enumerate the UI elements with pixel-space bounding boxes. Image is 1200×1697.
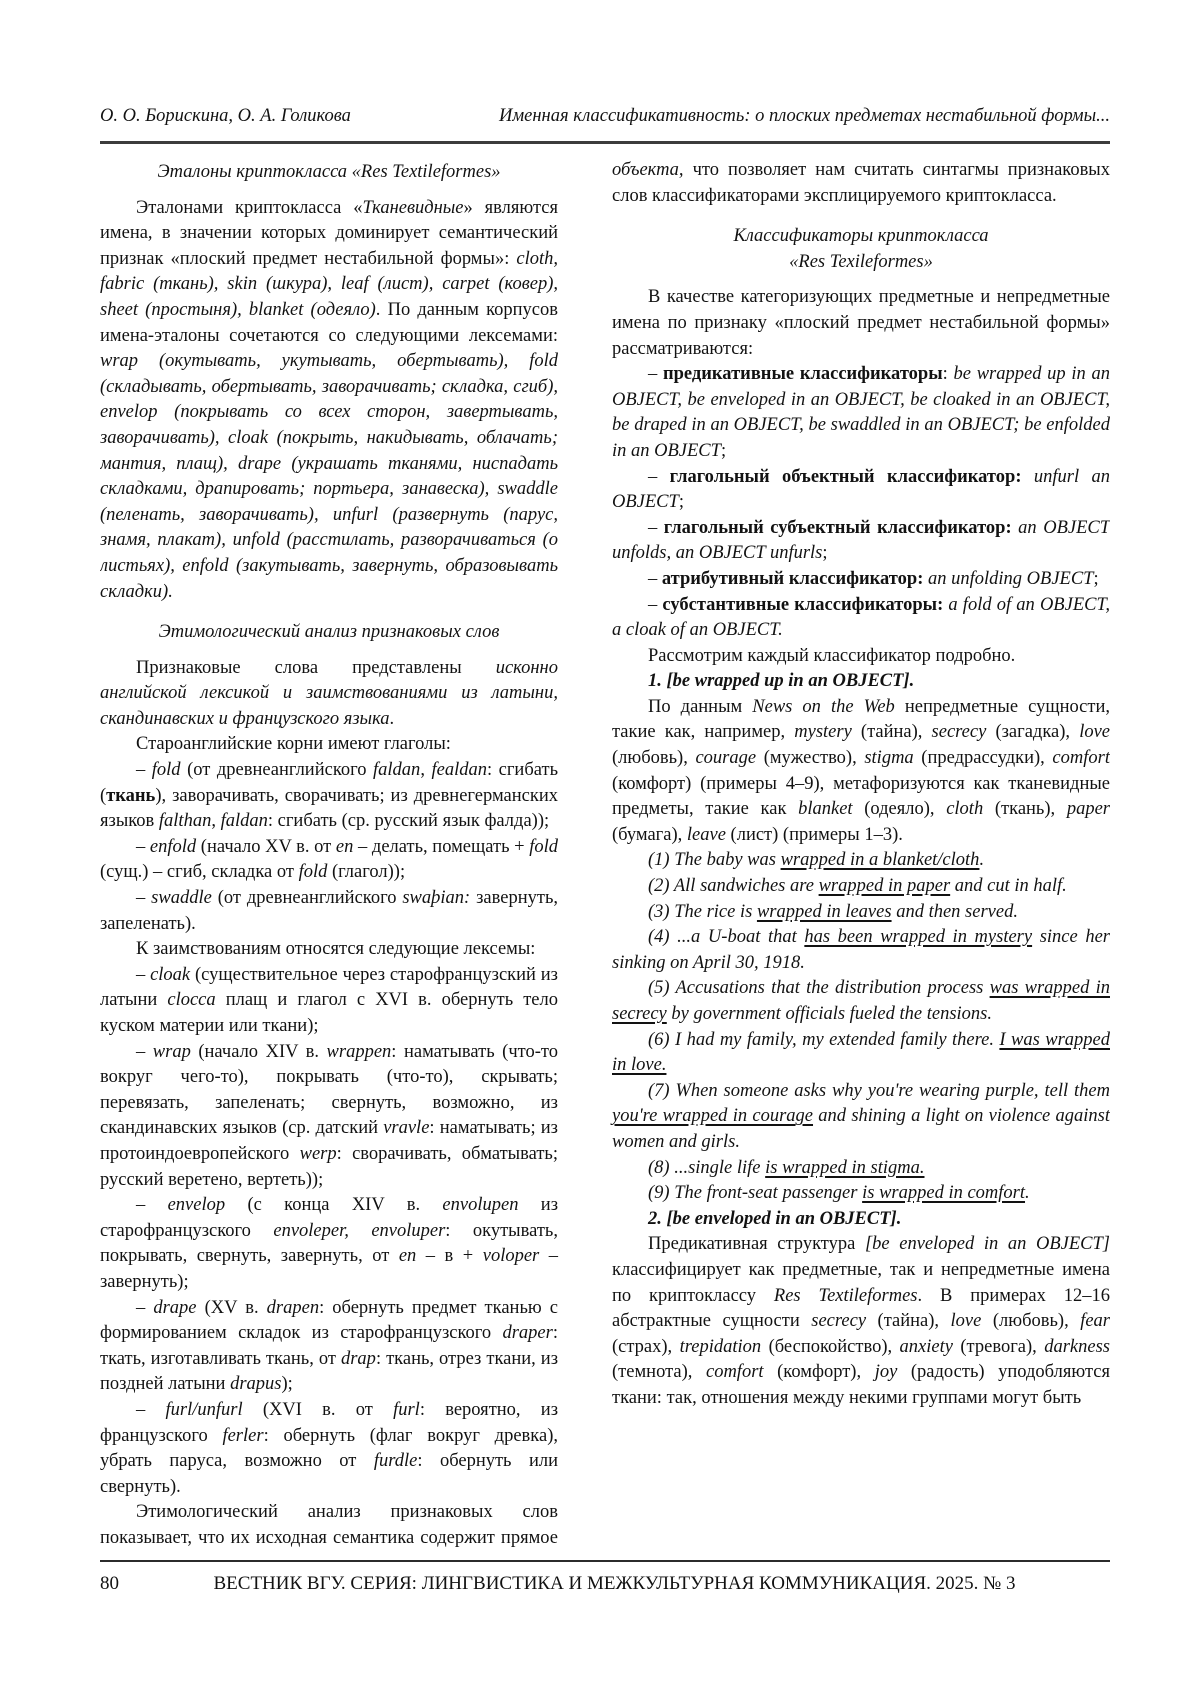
paragraph: – глагольный субъектный классификатор: a… — [612, 516, 1110, 567]
paragraph: Эталонами криптокласса «Тканевидные» явл… — [100, 196, 558, 606]
page-header: О. О. Борискина, О. А. Голикова Именная … — [100, 104, 1110, 128]
paragraph: 2. [be enveloped in an OBJECT]. — [612, 1207, 1110, 1233]
paragraph: – cloak (существительное через старофран… — [100, 963, 558, 1040]
paragraph: – глагольный объектный классификатор: un… — [612, 465, 1110, 516]
column-left: Эталоны криптокласса «Res Textileformes»… — [100, 158, 558, 1550]
example-sentence: (7) When someone asks why you're wearing… — [612, 1079, 1110, 1156]
example-sentence: (6) I had my family, my extended family … — [612, 1028, 1110, 1079]
paragraph: – swaddle (от древнеанглийского swaþian:… — [100, 886, 558, 937]
paragraph: К заимствованиям относятся следующие лек… — [100, 937, 558, 963]
example-sentence: (4) ...a U-boat that has been wrapped in… — [612, 925, 1110, 976]
paragraph: В качестве категоризующих предметные и н… — [612, 285, 1110, 362]
paragraph: Признаковые слова представлены исконно а… — [100, 656, 558, 733]
paragraph: – envelop (с конца XIV в. envolupen из с… — [100, 1193, 558, 1295]
paragraph: 1. [be wrapped up in an OBJECT]. — [612, 669, 1110, 695]
paragraph: – атрибутивный классификатор: an unfoldi… — [612, 567, 1110, 593]
example-sentence: (3) The rice is wrapped in leaves and th… — [612, 900, 1110, 926]
paragraph: – wrap (начало XIV в. wrappen: наматыват… — [100, 1040, 558, 1194]
paragraph: – drape (XV в. drapen: обернуть предмет … — [100, 1296, 558, 1398]
column-right: объекта, что позволяет нам считать синта… — [612, 158, 1110, 1550]
paragraph: – предикативные классификаторы: be wrapp… — [612, 362, 1110, 464]
header-authors: О. О. Борискина, О. А. Голикова — [100, 104, 351, 128]
example-sentence: (5) Accusations that the distribution pr… — [612, 976, 1110, 1027]
paragraph: объекта, что позволяет нам считать синта… — [612, 158, 1110, 209]
example-sentence: (1) The baby was wrapped in a blanket/cl… — [612, 848, 1110, 874]
paragraph: Староанглийские корни имеют глаголы: — [100, 732, 558, 758]
paragraph: – furl/unfurl (XVI в. от furl: вероятно,… — [100, 1398, 558, 1500]
paragraph: – fold (от древнеанглийского faldan, fea… — [100, 758, 558, 835]
footer-page-number: 80 — [100, 1571, 119, 1596]
header-running-title: Именная классификативность: о плоских пр… — [499, 104, 1110, 128]
two-column-body: Эталоны криптокласса «Res Textileformes»… — [100, 158, 1110, 1550]
footer-journal-title: ВЕСТНИК ВГУ. СЕРИЯ: ЛИНГВИСТИКА И МЕЖКУЛ… — [119, 1571, 1110, 1596]
paragraph: – субстантивные классификаторы: a fold o… — [612, 593, 1110, 644]
example-sentence: (2) All sandwiches are wrapped in paper … — [612, 874, 1110, 900]
example-sentence: (8) ...single life is wrapped in stigma. — [612, 1156, 1110, 1182]
paper-page: О. О. Борискина, О. А. Голикова Именная … — [0, 0, 1200, 1697]
header-rule — [100, 141, 1110, 144]
paragraph: По данным News on the Web непредметные с… — [612, 695, 1110, 849]
page-footer: 80 ВЕСТНИК ВГУ. СЕРИЯ: ЛИНГВИСТИКА И МЕЖ… — [100, 1560, 1110, 1596]
section-heading: Эталоны криптокласса «Res Textileformes» — [100, 160, 558, 186]
paragraph: Предикативная структура [be enveloped in… — [612, 1232, 1110, 1411]
paragraph: Этимологический анализ признаковых слов … — [100, 1500, 558, 1550]
paragraph: – enfold (начало XV в. от en – делать, п… — [100, 835, 558, 886]
example-sentence: (9) The front-seat passenger is wrapped … — [612, 1181, 1110, 1207]
footer-rule — [100, 1560, 1110, 1562]
section-heading: Классификаторы криптокласса«Res Texilefo… — [612, 224, 1110, 275]
paragraph: Рассмотрим каждый классификатор подробно… — [612, 644, 1110, 670]
section-heading: Этимологический анализ признаковых слов — [100, 620, 558, 646]
footer-row: 80 ВЕСТНИК ВГУ. СЕРИЯ: ЛИНГВИСТИКА И МЕЖ… — [100, 1571, 1110, 1596]
